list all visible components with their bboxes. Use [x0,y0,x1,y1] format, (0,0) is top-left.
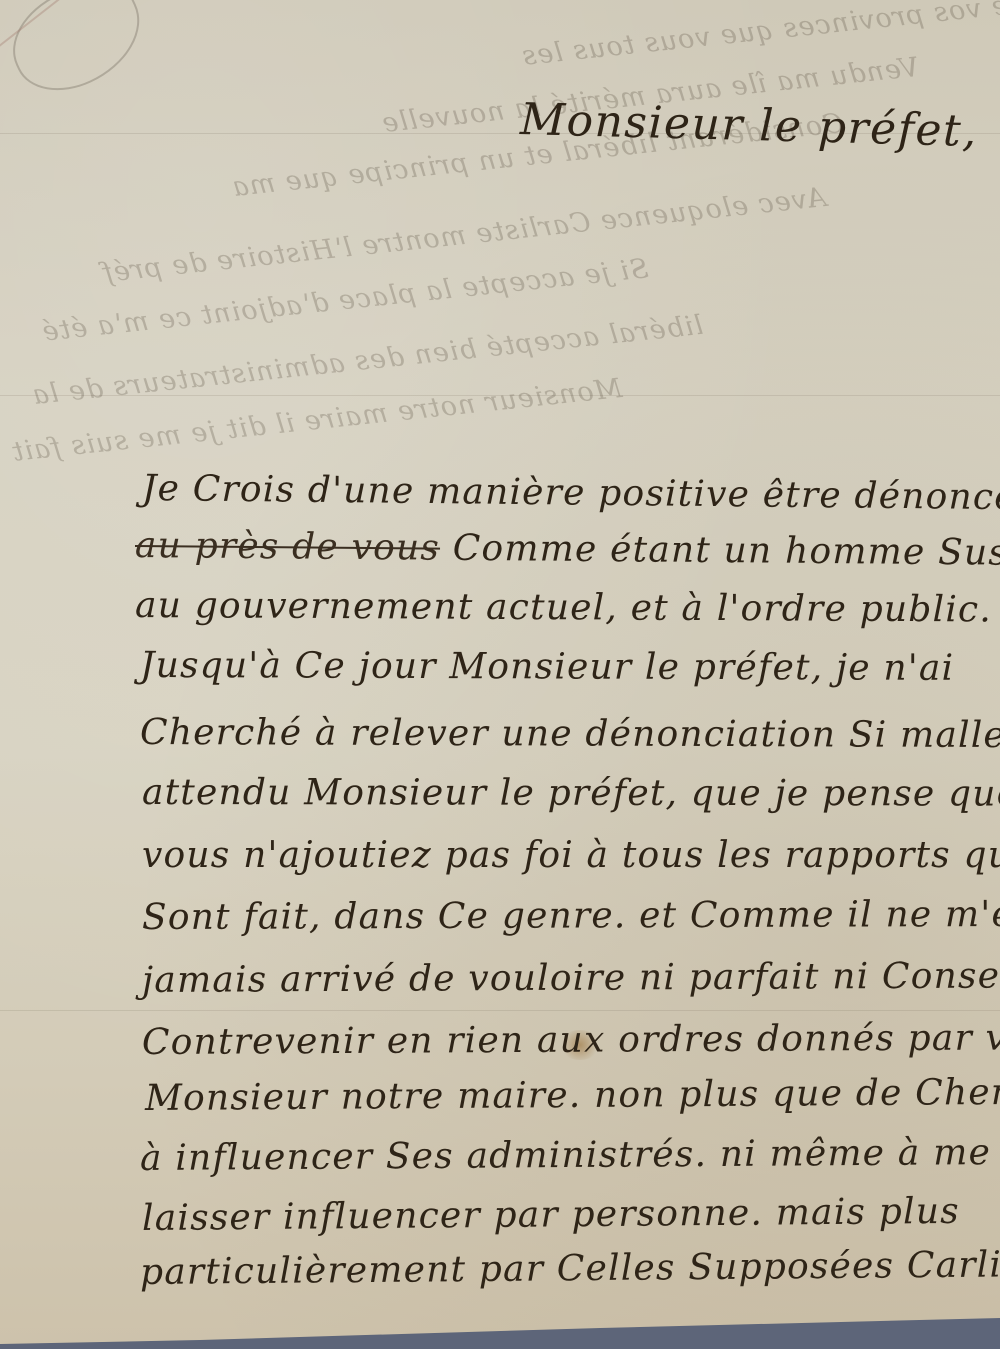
letter-line: vous n'ajoutiez pas foi à tous les rappo… [142,835,1000,876]
letter-line: Contrevenir en rien aux ordres donnés pa… [142,1017,1000,1063]
letter-line: attendu Monsieur le préfet, que je pense… [142,772,1000,815]
letter-line: au près de vous Comme étant un homme Sus… [135,525,1000,574]
letter-line: Je Crois d'une manière positive être dén… [142,468,1000,518]
letter-line: Jusqu'à Ce jour Monsieur le préfet, je n… [140,645,954,689]
letter-line: particulièrement par Celles Supposées Ca… [140,1244,1000,1293]
letter-line: Monsieur notre maire. non plus que de Ch… [145,1071,1000,1119]
letter-line: Cherché à relever une dénonciation Si ma… [140,712,1000,757]
line-text: Comme étant un homme Suspe [453,528,1000,574]
letter-line: laisser influencer par personne. mais pl… [142,1191,960,1239]
bleed-through-text: tarde de vos provinces que vous tous les [520,0,1000,72]
letter-line: au gouvernement actuel, et à l'ordre pub… [135,585,992,630]
pencil-mark [0,0,158,108]
letter-paper: tarde de vos provinces que vous tous les… [0,0,1000,1349]
ruled-line [0,1010,1000,1011]
letter-line: jamais arrivé de vouloire ni parfait ni … [142,955,1000,1001]
letter-line: Sont fait, dans Ce genre. et Comme il ne… [142,894,1000,938]
struck-text: au près de vous [135,525,440,569]
letter-line: à influencer Ses administrés. ni même à … [140,1132,991,1179]
